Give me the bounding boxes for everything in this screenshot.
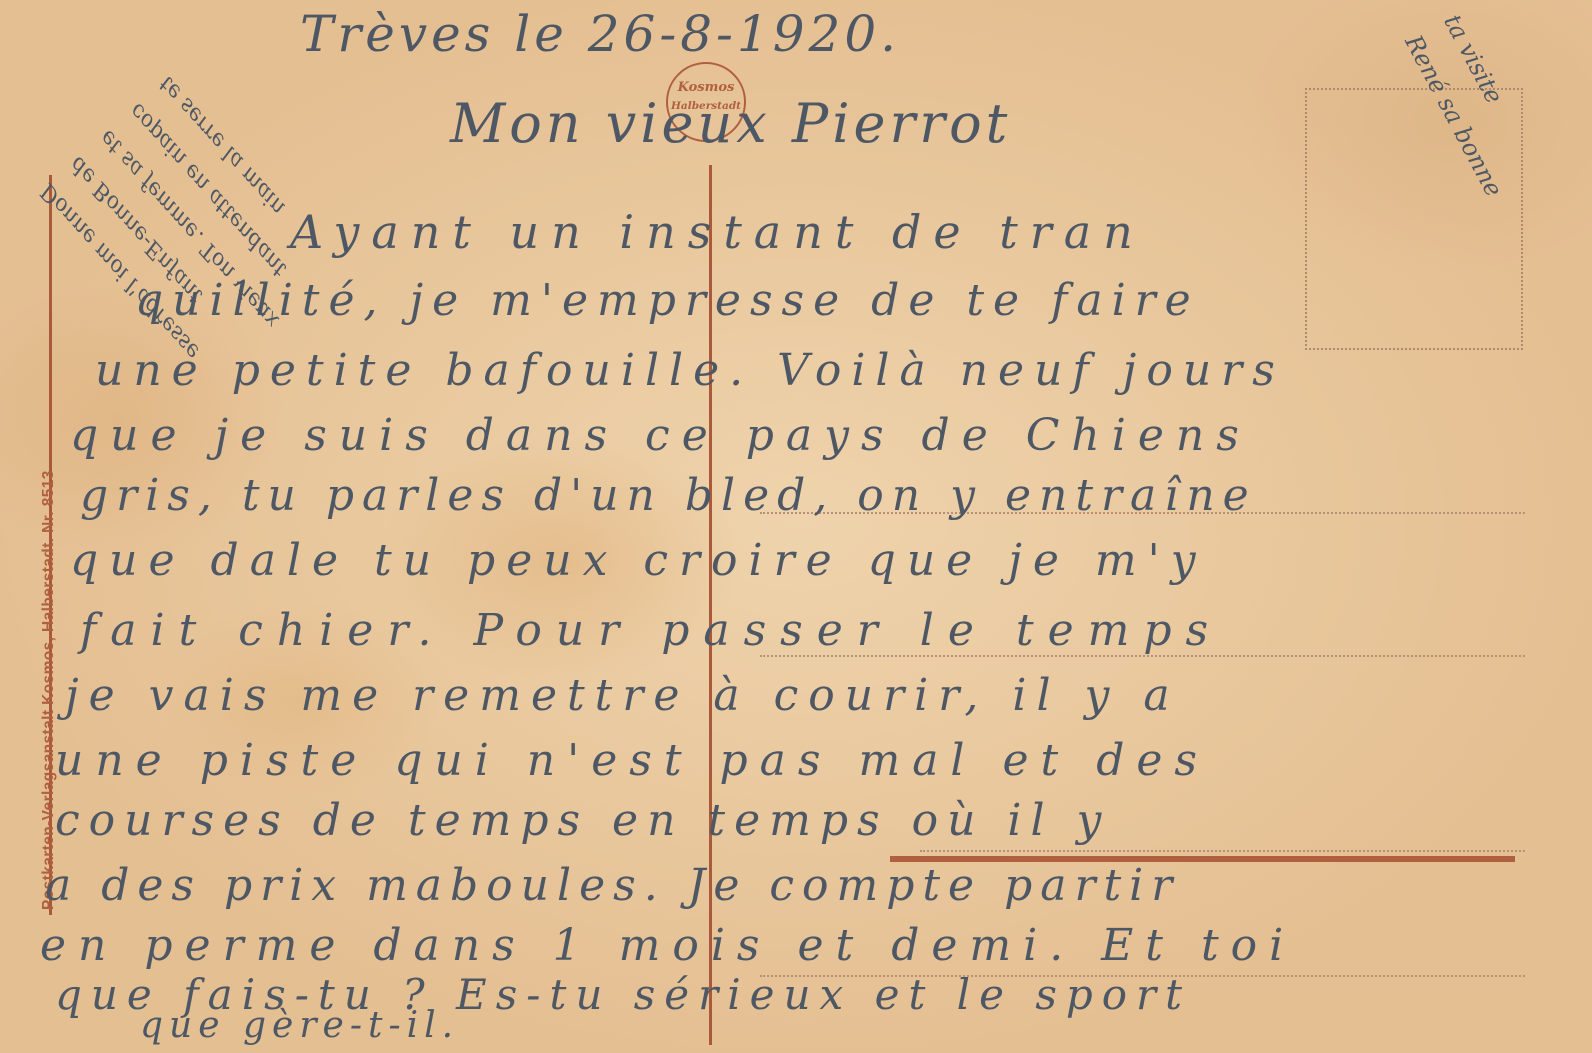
letter-line-4: que je suis dans ce pays de Chiens	[70, 410, 1251, 461]
letter-line-5: gris, tu parles d'un bled, on y entraîne	[80, 470, 1257, 521]
letter-line-9: une piste qui n'est pas mal et des	[55, 735, 1209, 786]
letter-line-6: que dale tu peux croire que je m'y	[70, 535, 1207, 586]
upside-down-margin-note: Donne moi l'adresse de Bonne-Enfant et s…	[30, 66, 350, 391]
letter-line-11: a des prix maboules. Je compte partir	[45, 860, 1180, 911]
letter-line-8: je vais me remettre à courir, il y a	[65, 670, 1180, 721]
dateline: Trèves le 26-8-1920.	[300, 5, 900, 63]
salutation: Mon vieux Pierrot	[450, 92, 1011, 155]
address-line-3	[920, 850, 1525, 852]
letter-line-12: en perme dans 1 mois et demi. Et toi	[40, 920, 1295, 971]
letter-line-3: une petite bafouille. Voilà neuf jours	[95, 345, 1285, 396]
letter-line-1: Ayant un instant de tran	[290, 205, 1145, 259]
letter-line-10: courses de temps en temps où il y	[55, 795, 1110, 846]
letter-line-7: fait chier. Pour passer le temps	[80, 605, 1222, 656]
letter-line-14: que gère-t-il.	[140, 1005, 459, 1046]
postcard-back: Postkarten-Verlagsanstalt Kosmos, Halber…	[0, 0, 1592, 1053]
